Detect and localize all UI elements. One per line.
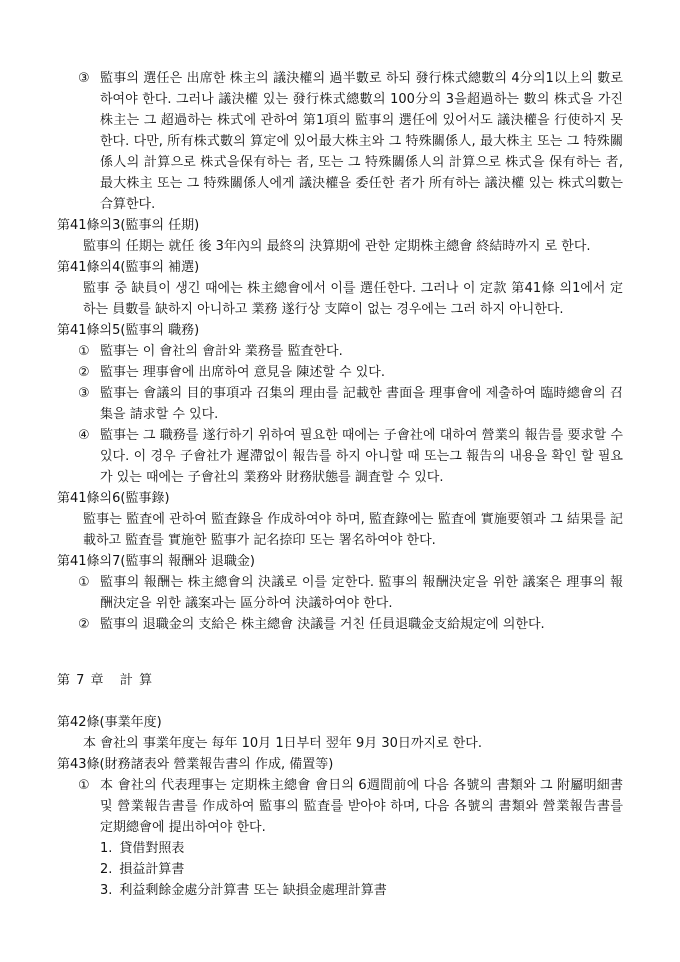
numbered-item: ②監事의 退職金의 支給은 株主總會 決議를 거친 任員退職金支給規定에 의한다… bbox=[57, 614, 623, 635]
text-content: 第42條(事業年度) bbox=[57, 712, 623, 733]
ordered-list-item: 3.利益剩餘金處分計算書 또는 缺損金處理計算書 bbox=[57, 880, 623, 901]
article-heading: 第41條의5(監事의 職務) bbox=[57, 320, 623, 341]
numbered-item: ①監事의 報酬는 株主總會의 決議로 이를 定한다. 監事의 報酬決定을 위한 … bbox=[57, 572, 623, 614]
article-heading: 第43條(財務諸表와 營業報告書의 作成, 備置等) bbox=[57, 754, 623, 775]
numbered-item: ①監事는 이 會社의 會計와 業務를 監査한다. bbox=[57, 341, 623, 362]
text-content: 第41條의3(監事의 任期) bbox=[57, 215, 623, 236]
item-circled-marker: ② bbox=[78, 362, 90, 383]
paragraph: 監事는 監査에 관하여 監査錄을 作成하여야 하며, 監査錄에는 監査에 實施要… bbox=[57, 509, 623, 551]
text-content: 監事의 任期는 就任 後 3年內의 最終의 決算期에 관한 定期株主總會 終結時… bbox=[83, 236, 623, 257]
document-body: ③監事의 選任은 出席한 株主의 議決權의 過半數로 하되 發行株式總數의 4分… bbox=[57, 68, 623, 901]
item-circled-marker: ② bbox=[78, 614, 90, 635]
numbered-item: ④監事는 그 職務를 遂行하기 위하여 필요한 때에는 子會社에 대하여 營業의… bbox=[57, 425, 623, 488]
paragraph: 監事 중 缺員이 생긴 때에는 株主總會에서 이를 選任한다. 그러나 이 定款… bbox=[57, 278, 623, 320]
article-heading: 第41條의7(監事의 報酬와 退職金) bbox=[57, 551, 623, 572]
text-content: 監事는 理事會에 出席하여 意見을 陳述할 수 있다. bbox=[100, 362, 623, 383]
ordered-list-item: 2.損益計算書 bbox=[57, 859, 623, 880]
text-content: 監事의 選任은 出席한 株主의 議決權의 過半數로 하되 發行株式總數의 4分의… bbox=[100, 68, 623, 215]
paragraph: 監事의 任期는 就任 後 3年內의 最終의 決算期에 관한 定期株主總會 終結時… bbox=[57, 236, 623, 257]
text-content: 第 7 章 計 算 bbox=[57, 670, 623, 691]
text-content: 貸借對照表 bbox=[119, 841, 184, 856]
text-content: 監事의 報酬는 株主總會의 決議로 이를 定한다. 監事의 報酬決定을 위한 議… bbox=[100, 572, 623, 614]
item-circled-marker: ① bbox=[78, 341, 90, 362]
text-content: 第41條의6(監事錄) bbox=[57, 488, 623, 509]
ordered-list-item: 1.貸借對照表 bbox=[57, 838, 623, 859]
text-content: 監事 중 缺員이 생긴 때에는 株主總會에서 이를 選任한다. 그러나 이 定款… bbox=[83, 278, 623, 320]
item-circled-marker: ④ bbox=[78, 425, 90, 446]
text-content: 監事는 會議의 目的事項과 召集의 理由를 記載한 書面을 理事會에 제출하여 … bbox=[100, 383, 623, 425]
list-number-marker: 1. bbox=[100, 841, 112, 856]
numbered-item: ③監事의 選任은 出席한 株主의 議決權의 過半數로 하되 發行株式總數의 4分… bbox=[57, 68, 623, 215]
numbered-item: ①本 會社의 代表理事는 定期株主總會 會日의 6週間前에 다음 各號의 書類와… bbox=[57, 775, 623, 838]
article-heading: 第41條의3(監事의 任期) bbox=[57, 215, 623, 236]
item-circled-marker: ① bbox=[78, 775, 90, 796]
numbered-item: ③監事는 會議의 目的事項과 召集의 理由를 記載한 書面을 理事會에 제출하여… bbox=[57, 383, 623, 425]
article-heading: 第41條의4(監事의 補選) bbox=[57, 257, 623, 278]
text-content: 監事는 監査에 관하여 監査錄을 作成하여야 하며, 監査錄에는 監査에 實施要… bbox=[83, 509, 623, 551]
text-content: 監事는 그 職務를 遂行하기 위하여 필요한 때에는 子會社에 대하여 營業의 … bbox=[100, 425, 623, 488]
list-number-marker: 3. bbox=[100, 883, 112, 898]
text-content: 利益剩餘金處分計算書 또는 缺損金處理計算書 bbox=[119, 883, 386, 898]
item-circled-marker: ① bbox=[78, 572, 90, 593]
item-circled-marker: ③ bbox=[78, 383, 90, 404]
text-content: 監事의 退職金의 支給은 株主總會 決議를 거친 任員退職金支給規定에 의한다. bbox=[100, 614, 623, 635]
text-content: 第41條의7(監事의 報酬와 退職金) bbox=[57, 551, 623, 572]
text-content: 監事는 이 會社의 會計와 業務를 監査한다. bbox=[100, 341, 623, 362]
chapter-heading: 第 7 章 計 算 bbox=[57, 670, 623, 691]
list-number-marker: 2. bbox=[100, 862, 112, 877]
text-content: 第43條(財務諸表와 營業報告書의 作成, 備置等) bbox=[57, 754, 623, 775]
paragraph: 本 會社의 事業年度는 每年 10月 1日부터 翌年 9月 30日까지로 한다. bbox=[57, 733, 623, 754]
document-page: ③監事의 選任은 出席한 株主의 議決權의 過半數로 하되 發行株式總數의 4分… bbox=[0, 0, 680, 962]
text-content: 第41條의4(監事의 補選) bbox=[57, 257, 623, 278]
text-content: 損益計算書 bbox=[119, 862, 184, 877]
numbered-item: ②監事는 理事會에 出席하여 意見을 陳述할 수 있다. bbox=[57, 362, 623, 383]
text-content: 第41條의5(監事의 職務) bbox=[57, 320, 623, 341]
article-heading: 第42條(事業年度) bbox=[57, 712, 623, 733]
text-content: 本 會社의 事業年度는 每年 10月 1日부터 翌年 9月 30日까지로 한다. bbox=[83, 733, 623, 754]
item-circled-marker: ③ bbox=[78, 68, 90, 89]
text-content: 本 會社의 代表理事는 定期株主總會 會日의 6週間前에 다음 各號의 書類와 … bbox=[100, 775, 623, 838]
article-heading: 第41條의6(監事錄) bbox=[57, 488, 623, 509]
